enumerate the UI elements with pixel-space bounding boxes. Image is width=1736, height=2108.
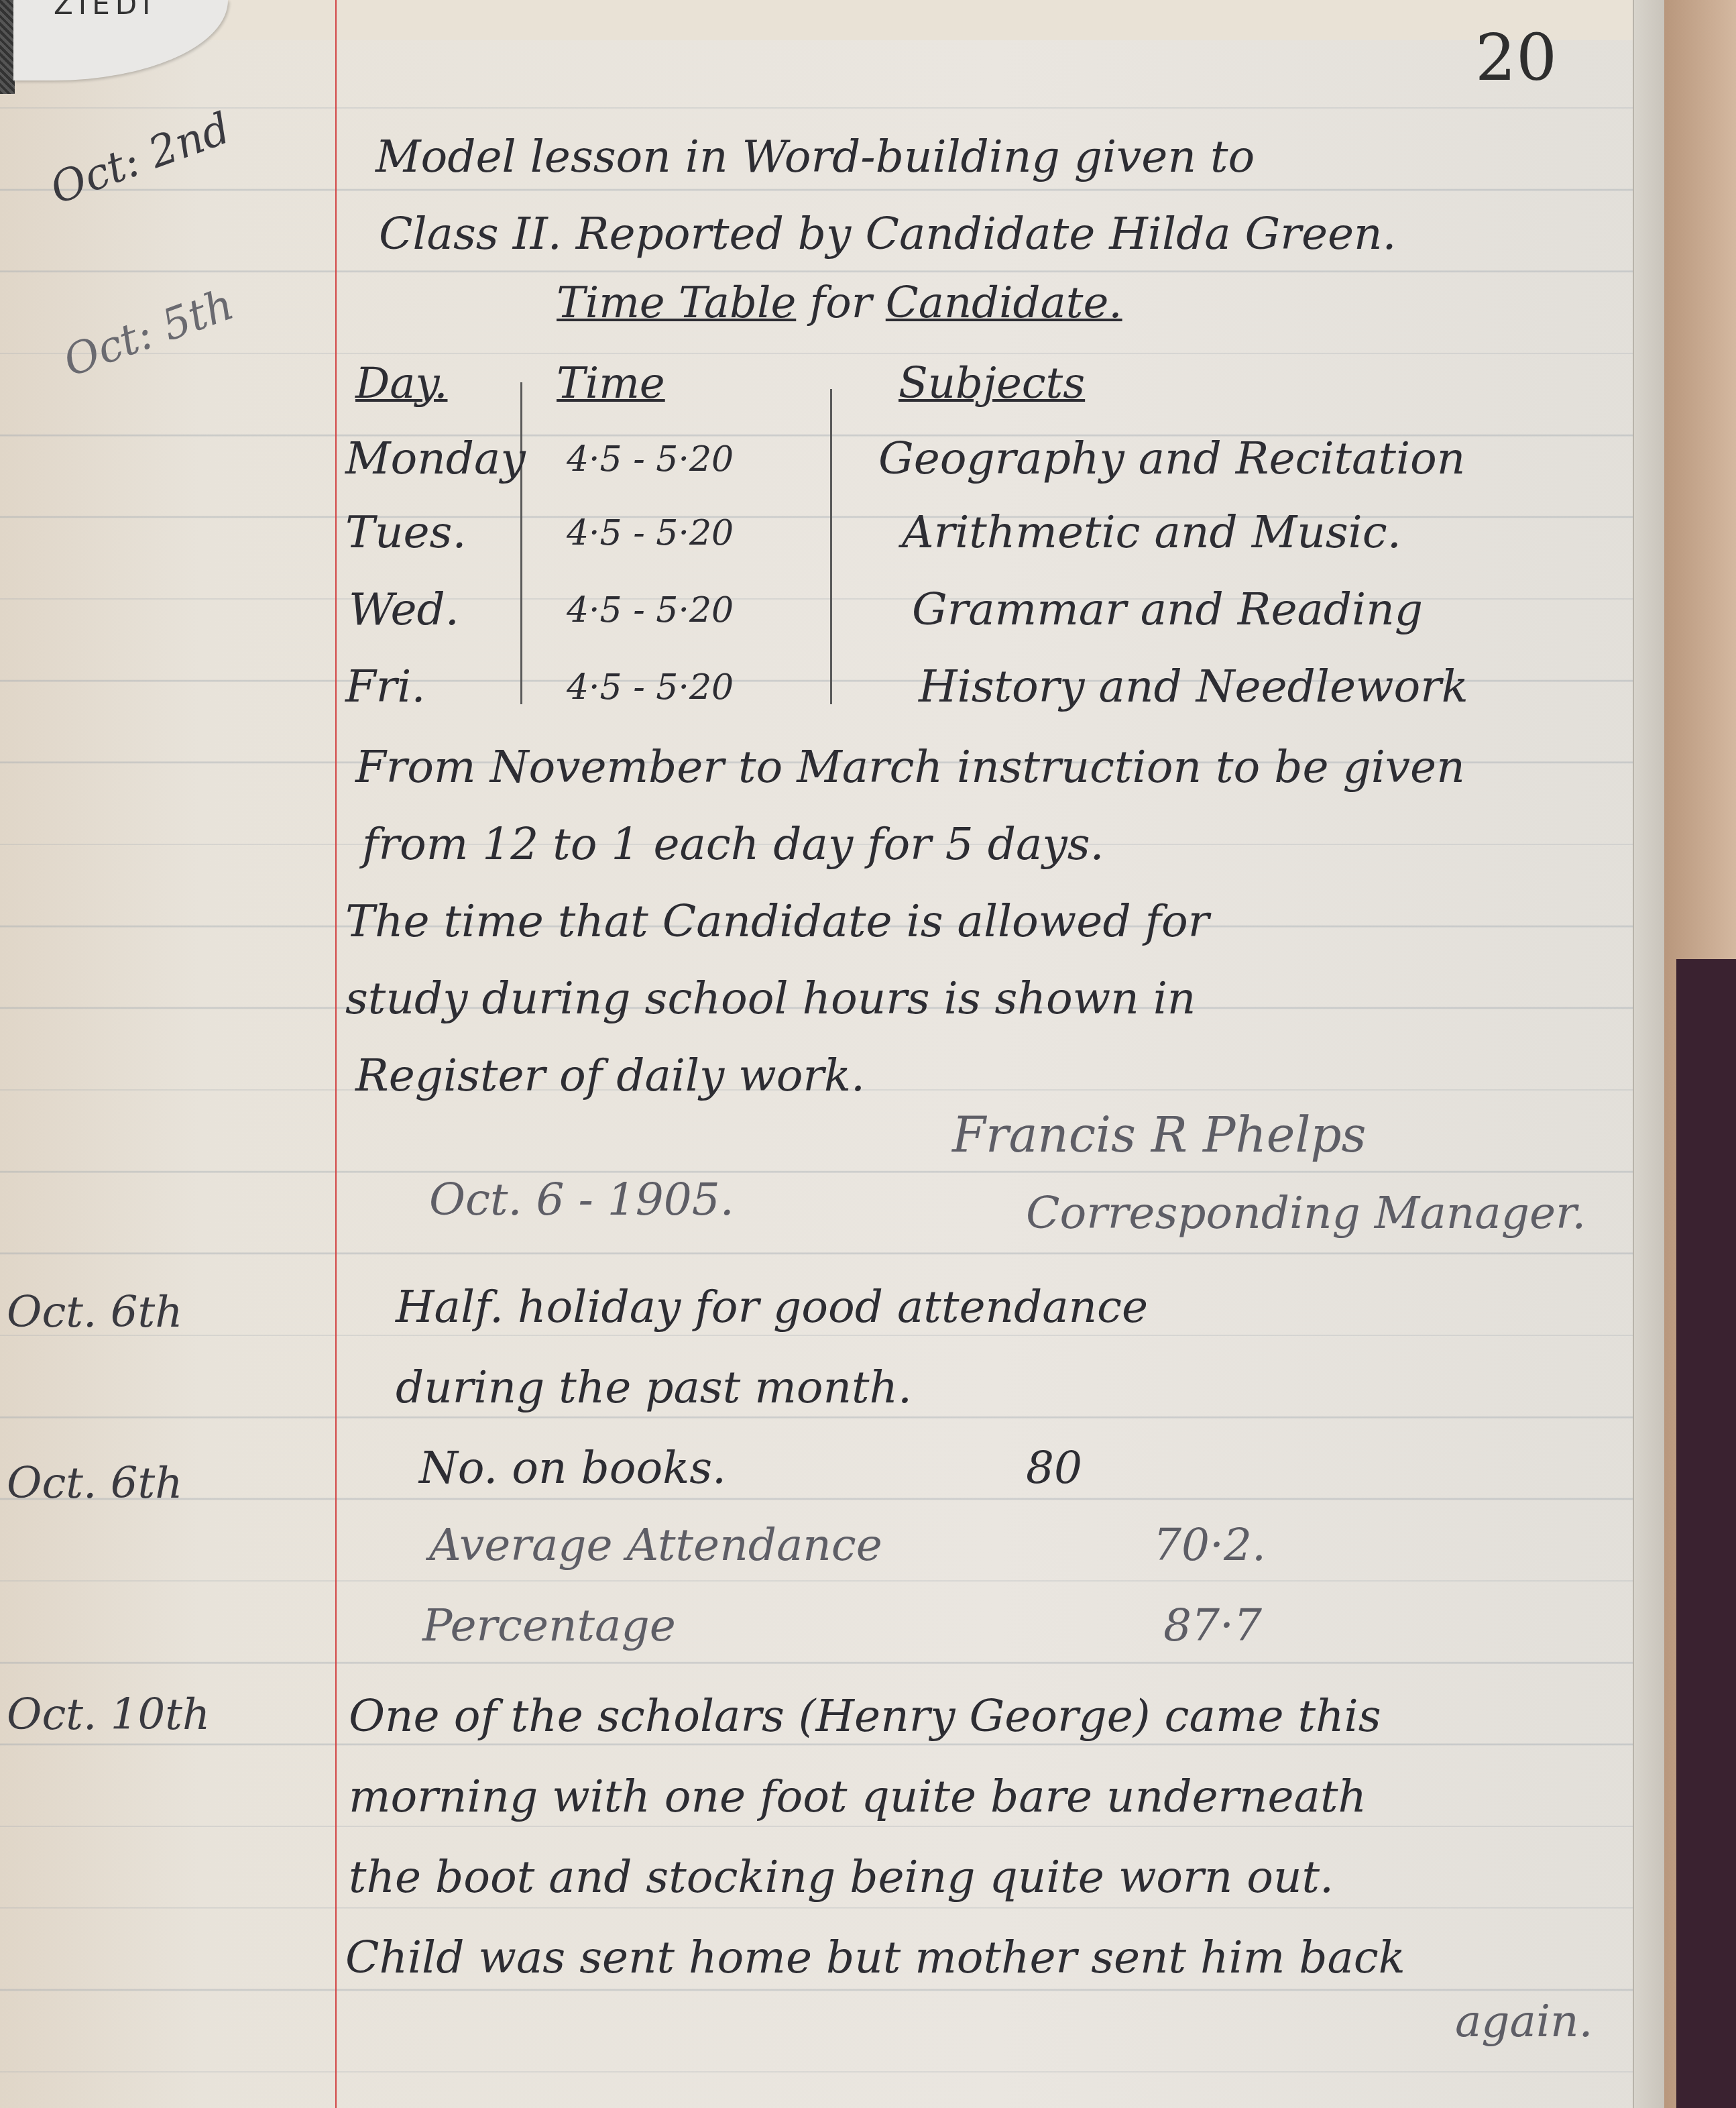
margin-line: [335, 0, 337, 2108]
entry-date: Oct. 10th: [7, 1690, 210, 1740]
page-number: 20: [1475, 20, 1557, 95]
timetable-subjects: History and Needlework: [919, 661, 1468, 712]
timetable-time: 4·5 - 5·20: [567, 590, 734, 630]
entry-line: the boot and stocking being quite worn o…: [349, 1851, 1334, 1903]
entry-line: Model lesson in Word-building given to: [375, 131, 1255, 182]
binding-strip: [0, 0, 15, 94]
signature-title: Corresponding Manager.: [1026, 1187, 1586, 1239]
entry-line: from 12 to 1 each day for 5 days.: [362, 818, 1104, 870]
timetable-title-main: Time Table: [557, 278, 796, 328]
entry-line: study during school hours is shown in: [345, 973, 1196, 1024]
stat-label: No. on books.: [419, 1442, 726, 1494]
timetable-time: 4·5 - 5·20: [567, 439, 734, 480]
entry-line: Class II. Reported by Candidate Hilda Gr…: [379, 208, 1396, 260]
corner-tag-text: ZIEDI: [54, 0, 156, 21]
entry-line: The time that Candidate is allowed for: [345, 895, 1209, 947]
stat-value: 87·7: [1163, 1600, 1262, 1651]
timetable-subjects: Grammar and Reading: [912, 584, 1423, 635]
entry-line: again.: [1455, 1995, 1593, 2047]
timetable-day: Tues.: [345, 506, 466, 558]
signature-name: Francis R Phelps: [952, 1107, 1366, 1163]
stat-value: 70·2.: [1153, 1519, 1266, 1571]
timetable-day: Monday: [345, 433, 526, 484]
entry-line: Half. holiday for good attendance: [396, 1281, 1148, 1333]
background-cloth: [1676, 959, 1736, 2108]
timetable-time: 4·5 - 5·20: [567, 513, 734, 553]
timetable-title: Time Table for Candidate.: [557, 278, 1122, 328]
timetable-header-subjects: Subjects: [899, 359, 1085, 408]
timetable-header-day: Day.: [355, 359, 447, 408]
timetable-day: Wed.: [349, 584, 459, 635]
entry-date: Oct. 6th: [7, 1288, 182, 1337]
page-edge: [1633, 0, 1664, 2108]
timetable-divider: [520, 382, 522, 704]
timetable-subjects: Geography and Recitation: [878, 433, 1465, 484]
entry-line: From November to March instruction to be…: [355, 741, 1465, 793]
stat-value: 80: [1026, 1442, 1082, 1494]
timetable-subjects: Arithmetic and Music.: [902, 506, 1401, 558]
timetable-time: 4·5 - 5·20: [567, 667, 734, 708]
entry-line: morning with one foot quite bare underne…: [349, 1771, 1367, 1822]
entry-date: Oct. 6th: [7, 1459, 182, 1508]
signature-date: Oct. 6 - 1905.: [429, 1174, 734, 1225]
stat-label: Average Attendance: [429, 1519, 882, 1571]
timetable-divider: [830, 389, 832, 704]
timetable-day: Fri.: [345, 661, 425, 712]
timetable-header-time: Time: [557, 359, 665, 408]
stat-label: Percentage: [422, 1600, 676, 1651]
timetable-title-candidate: Candidate.: [886, 278, 1122, 328]
entry-line: One of the scholars (Henry George) came …: [349, 1690, 1381, 1742]
entry-line: during the past month.: [396, 1362, 912, 1413]
timetable-title-for: for: [810, 278, 872, 328]
entry-line: Register of daily work.: [355, 1050, 865, 1101]
entry-line: Child was sent home but mother sent him …: [345, 1932, 1405, 1983]
